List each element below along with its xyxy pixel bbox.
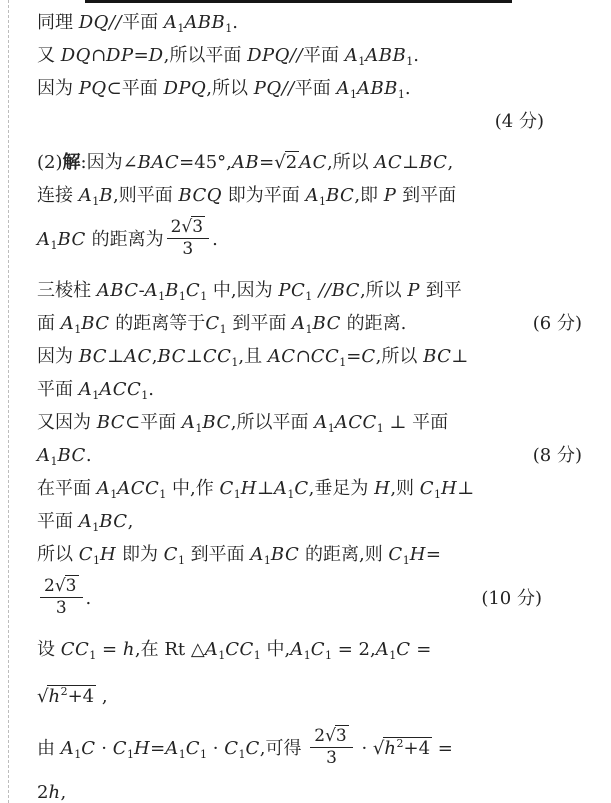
math-var: AC bbox=[124, 346, 152, 367]
math-var: PQ bbox=[254, 78, 282, 99]
subscript: 1 bbox=[220, 323, 227, 336]
score-marker: (10 分) bbox=[481, 571, 542, 627]
math-symbol: · bbox=[96, 738, 113, 759]
fraction: 2√33 bbox=[167, 218, 210, 259]
math-var: h bbox=[48, 686, 60, 707]
text-run: . bbox=[148, 379, 154, 400]
subscript: 1 bbox=[319, 195, 326, 208]
math-var: A bbox=[165, 738, 179, 759]
text-run: 2 bbox=[37, 782, 48, 803]
math-var: C bbox=[246, 738, 260, 759]
math-var: DQ bbox=[61, 45, 91, 66]
math-var: BC bbox=[58, 445, 86, 466]
text-run: (4 分) bbox=[495, 111, 544, 132]
radical-sign: √ bbox=[373, 738, 383, 759]
text-line: 又因为 BC⊂平面 A1BC,所以平面 A1ACC1 ⊥ 平面 bbox=[37, 406, 582, 439]
text-run: 到平面 bbox=[227, 313, 292, 334]
text-run: 平面 bbox=[37, 379, 79, 400]
text-run: = bbox=[96, 639, 123, 660]
text-run: 平面 bbox=[412, 412, 448, 433]
text-run: (2) bbox=[37, 152, 63, 173]
superscript: 2 bbox=[61, 685, 68, 698]
text-run: 平面 bbox=[37, 511, 79, 532]
text-line: 因为 PQ⊂平面 DPQ,所以 PQ//平面 A1ABB1. bbox=[37, 72, 582, 105]
subscript: 1 bbox=[234, 488, 241, 501]
radical: √2 bbox=[274, 151, 299, 173]
solution-page: 同理 DQ//平面 A1ABB1. 又 DQ∩DP=D,所以平面 DPQ//平面… bbox=[37, 6, 582, 803]
math-var: A bbox=[274, 478, 288, 499]
math-symbol: · bbox=[207, 738, 224, 759]
text-run: 的距离,则 bbox=[299, 544, 388, 565]
radical-sign: √ bbox=[181, 217, 191, 237]
math-var: ACC bbox=[335, 412, 377, 433]
subscript: 1 bbox=[398, 88, 405, 101]
math-var: A bbox=[61, 313, 75, 334]
text-run: 面 bbox=[37, 313, 61, 334]
math-var: AC bbox=[268, 346, 296, 367]
math-var: // bbox=[282, 78, 295, 99]
text-run: , bbox=[128, 511, 134, 532]
math-var: B bbox=[165, 280, 179, 301]
text-run: +4 bbox=[68, 686, 95, 707]
math-symbol: ⊥ bbox=[107, 346, 124, 367]
text-run: ,即 bbox=[354, 185, 383, 206]
text-run: ,所以 bbox=[206, 78, 253, 99]
text-line: 因为 BC⊥AC,BC⊥CC1,且 AC∩CC1=C,所以 BC⊥ bbox=[37, 340, 582, 373]
math-var: C bbox=[311, 639, 325, 660]
math-var: A bbox=[290, 639, 304, 660]
math-var: BC bbox=[313, 313, 341, 334]
fraction-numerator: 2√3 bbox=[40, 577, 83, 598]
math-var: DQ bbox=[79, 12, 109, 33]
math-var: ABB bbox=[357, 78, 398, 99]
fraction-denominator: 3 bbox=[40, 598, 83, 617]
text-line: √h2+4 , bbox=[37, 672, 582, 712]
text-run: . bbox=[86, 445, 92, 466]
text-run: = 2, bbox=[332, 639, 376, 660]
score-marker: (8 分) bbox=[533, 439, 582, 472]
math-var: A bbox=[205, 639, 219, 660]
subscript: 1 bbox=[350, 88, 357, 101]
text-run: 平面 bbox=[122, 12, 164, 33]
subscript: 1 bbox=[254, 649, 261, 662]
text-run: 的距离等于 bbox=[110, 313, 206, 334]
text-run: 由 bbox=[37, 738, 61, 759]
math-var: A bbox=[97, 478, 111, 499]
math-var: A bbox=[79, 511, 93, 532]
text-run: 因为 bbox=[37, 346, 79, 367]
math-var: C bbox=[81, 738, 95, 759]
text-run: = bbox=[346, 346, 361, 367]
math-var: A bbox=[164, 12, 178, 33]
math-symbol: ⊥ bbox=[457, 478, 474, 499]
text-run: = bbox=[432, 738, 453, 759]
subscript: 1 bbox=[377, 422, 384, 435]
radical: √h2+4 bbox=[373, 737, 432, 759]
math-var: C bbox=[186, 738, 200, 759]
math-var: C bbox=[388, 544, 402, 565]
fraction-numerator: 2√3 bbox=[310, 727, 353, 748]
text-line: 由 A1C · C1H=A1C1 · C1C,可得 2√33 · √h2+4 = bbox=[37, 716, 582, 772]
math-var: A bbox=[37, 445, 51, 466]
radical-sign: √ bbox=[55, 576, 65, 596]
math-var: A bbox=[345, 45, 359, 66]
bold-text: 解 bbox=[63, 152, 81, 173]
math-var: BC bbox=[202, 412, 230, 433]
text-run: 2 bbox=[314, 726, 325, 746]
text-run: 又因为 bbox=[37, 412, 97, 433]
math-var: AB bbox=[232, 152, 259, 173]
text-line: A1BC 的距离为2√33. bbox=[37, 212, 582, 268]
text-run: 又 bbox=[37, 45, 61, 66]
math-var: AC bbox=[299, 152, 327, 173]
radical-sign: √ bbox=[37, 686, 47, 707]
radical-sign: √ bbox=[274, 152, 284, 173]
fraction: 2√33 bbox=[310, 727, 353, 768]
text-run: 所以 bbox=[37, 544, 79, 565]
text-run: 中,因为 bbox=[207, 280, 278, 301]
math-var: C bbox=[205, 313, 219, 334]
math-symbol: ∩ bbox=[91, 45, 106, 66]
text-line: 面 A1BC 的距离等于C1 到平面 A1BC 的距离.(6 分) bbox=[37, 307, 582, 340]
math-var: ACC bbox=[99, 379, 141, 400]
text-run: = bbox=[410, 639, 431, 660]
math-symbol: ⊥ bbox=[186, 346, 203, 367]
math-var: BC bbox=[271, 544, 299, 565]
subscript: 1 bbox=[304, 649, 311, 662]
subscript: 1 bbox=[51, 239, 58, 252]
text-line: 2√33.(10 分) bbox=[37, 571, 582, 627]
subscript: 1 bbox=[179, 290, 186, 303]
subscript: 1 bbox=[328, 422, 335, 435]
math-var: C bbox=[79, 544, 93, 565]
text-run: ,且 bbox=[238, 346, 267, 367]
math-symbol: ∠ bbox=[123, 152, 138, 173]
text-line: 又 DQ∩DP=D,所以平面 DPQ//平面 A1ABB1. bbox=[37, 39, 582, 72]
radicand: 2 bbox=[285, 151, 299, 173]
math-var: H bbox=[410, 544, 426, 565]
text-run: 连接 bbox=[37, 185, 79, 206]
text-run: 2 bbox=[44, 576, 55, 596]
math-var: h bbox=[384, 738, 396, 759]
text-line: 设 CC1 = h,在 Rt △A1CC1 中,A1C1 = 2,A1C = bbox=[37, 633, 582, 666]
text-line: 连接 A1B,则平面 BCQ 即为平面 A1BC,即 P 到平面 bbox=[37, 179, 582, 212]
subscript: 1 bbox=[178, 554, 185, 567]
math-var: DPQ bbox=[163, 78, 206, 99]
math-symbol: ⊥ bbox=[402, 152, 419, 173]
math-var: CC bbox=[225, 639, 254, 660]
text-line: (2)解:因为∠BAC=45°,AB=√2AC,所以 AC⊥BC, bbox=[37, 146, 582, 179]
text-run: +4 bbox=[403, 738, 430, 759]
text-run: 因为 bbox=[37, 78, 79, 99]
math-var: C bbox=[294, 478, 308, 499]
math-var: CC bbox=[61, 639, 90, 660]
fraction: 2√33 bbox=[40, 577, 83, 618]
math-var: A bbox=[376, 639, 390, 660]
text-run: ,垂足为 bbox=[309, 478, 374, 499]
text-run: ,所以 bbox=[376, 346, 423, 367]
subscript: 1 bbox=[200, 748, 207, 761]
math-symbol: · bbox=[356, 738, 373, 759]
math-var: CC bbox=[311, 346, 340, 367]
text-run: 平面 bbox=[295, 78, 337, 99]
math-symbol: ∩ bbox=[296, 346, 311, 367]
math-var: A bbox=[79, 379, 93, 400]
text-line: 平面 A1ACC1. bbox=[37, 373, 582, 406]
score-line: (4 分) bbox=[37, 105, 582, 138]
math-var: C bbox=[113, 738, 127, 759]
math-symbol: ⊂ bbox=[125, 412, 140, 433]
math-var: AC bbox=[374, 152, 402, 173]
fraction-numerator: 2√3 bbox=[167, 218, 210, 239]
math-var: A bbox=[37, 229, 51, 250]
math-var: A bbox=[79, 185, 93, 206]
math-var: BC bbox=[423, 346, 451, 367]
text-run: 即为平面 bbox=[222, 185, 305, 206]
radicand: h2+4 bbox=[383, 737, 432, 759]
radical: √3 bbox=[325, 725, 349, 746]
math-var: BC bbox=[419, 152, 447, 173]
math-var: BC bbox=[99, 511, 127, 532]
math-var: BAC bbox=[138, 152, 180, 173]
text-run: . bbox=[86, 588, 92, 609]
text-run: . bbox=[212, 229, 218, 250]
math-var: P bbox=[384, 185, 397, 206]
math-var: A bbox=[61, 738, 75, 759]
math-var: C bbox=[396, 639, 410, 660]
text-run: = bbox=[259, 152, 274, 173]
math-var: ABB bbox=[184, 12, 225, 33]
radicand: h2+4 bbox=[47, 685, 96, 707]
math-var: h bbox=[48, 782, 60, 803]
subscript: 1 bbox=[264, 554, 271, 567]
text-run: 即为 bbox=[116, 544, 163, 565]
score-marker: (6 分) bbox=[533, 307, 582, 340]
text-run: ,所以 bbox=[360, 280, 407, 301]
math-var: BC bbox=[81, 313, 109, 334]
math-var: H bbox=[241, 478, 257, 499]
math-var: A bbox=[292, 313, 306, 334]
text-line: 平面 A1BC, bbox=[37, 505, 582, 538]
text-run: , bbox=[96, 686, 107, 707]
math-var: ACC bbox=[117, 478, 159, 499]
math-var: DP bbox=[106, 45, 134, 66]
text-run: 中, bbox=[261, 639, 290, 660]
text-run: ,所以平面 bbox=[164, 45, 247, 66]
text-run: 平面 bbox=[140, 412, 182, 433]
subscript: 1 bbox=[93, 554, 100, 567]
math-var: H bbox=[100, 544, 116, 565]
math-var: H bbox=[134, 738, 150, 759]
math-var: BC bbox=[97, 412, 125, 433]
subscript: 1 bbox=[127, 748, 134, 761]
text-run: , bbox=[447, 152, 453, 173]
fraction-denominator: 3 bbox=[167, 239, 210, 258]
radicand: 3 bbox=[65, 575, 79, 596]
fraction-denominator: 3 bbox=[310, 748, 353, 767]
radicand: 3 bbox=[335, 725, 349, 746]
radical: √3 bbox=[181, 216, 205, 237]
text-run: . bbox=[405, 78, 411, 99]
math-var: ABB bbox=[365, 45, 406, 66]
math-var: D bbox=[149, 45, 164, 66]
math-var: C bbox=[186, 280, 200, 301]
math-var: // bbox=[312, 280, 331, 301]
text-line: A1BC.(8 分) bbox=[37, 439, 582, 472]
text-run: 平面 bbox=[303, 45, 345, 66]
radical-sign: √ bbox=[325, 726, 335, 746]
text-run: ,所以 bbox=[327, 152, 374, 173]
text-run: = bbox=[134, 45, 149, 66]
text-run: 设 bbox=[37, 639, 61, 660]
top-rule bbox=[85, 0, 512, 3]
text-line: 2h, bbox=[37, 776, 582, 803]
text-run: 在平面 bbox=[37, 478, 97, 499]
text-run: 到平 bbox=[420, 280, 462, 301]
subscript: 1 bbox=[239, 748, 246, 761]
text-run: 到平面 bbox=[185, 544, 250, 565]
math-var: C bbox=[219, 478, 233, 499]
text-run: ,可得 bbox=[260, 738, 307, 759]
text-run: . bbox=[232, 12, 238, 33]
math-var: // bbox=[109, 12, 122, 33]
math-symbol: ⊥ bbox=[451, 346, 468, 367]
radical: √h2+4 bbox=[37, 685, 96, 707]
text-run: 的距离为 bbox=[86, 229, 164, 250]
text-run: ,则平面 bbox=[113, 185, 178, 206]
math-var: BC bbox=[332, 280, 360, 301]
text-run: . bbox=[413, 45, 419, 66]
math-var: // bbox=[290, 45, 303, 66]
math-var: A bbox=[336, 78, 350, 99]
subscript: 1 bbox=[179, 748, 186, 761]
math-var: DPQ bbox=[247, 45, 290, 66]
text-line: 在平面 A1ACC1 中,作 C1H⊥A1C,垂足为 H,则 C1H⊥ bbox=[37, 472, 582, 505]
math-var: A bbox=[305, 185, 319, 206]
text-run: 的距离. bbox=[341, 313, 406, 334]
math-var: BC bbox=[158, 346, 186, 367]
math-var: ABC bbox=[97, 280, 139, 301]
text-run: 3 bbox=[182, 239, 193, 259]
subscript: 1 bbox=[306, 323, 313, 336]
math-var: C bbox=[361, 346, 375, 367]
subscript: 1 bbox=[51, 455, 58, 468]
math-var: A bbox=[145, 280, 159, 301]
math-symbol: △ bbox=[191, 639, 205, 660]
math-var: BC bbox=[326, 185, 354, 206]
math-symbol: ⊥ bbox=[257, 478, 274, 499]
text-run: 同理 bbox=[37, 12, 79, 33]
math-var: H bbox=[441, 478, 457, 499]
math-var: B bbox=[99, 185, 113, 206]
text-run: :因为 bbox=[81, 152, 123, 173]
math-var: BCQ bbox=[178, 185, 222, 206]
text-line: 同理 DQ//平面 A1ABB1. bbox=[37, 6, 582, 39]
text-run: , bbox=[61, 782, 67, 803]
text-run: ,所以平面 bbox=[231, 412, 314, 433]
math-var: P bbox=[407, 280, 420, 301]
math-symbol: ⊥ bbox=[384, 412, 412, 433]
text-line: 三棱柱 ABC-A1B1C1 中,因为 PC1 //BC,所以 P 到平 bbox=[37, 274, 582, 307]
subscript: 1 bbox=[403, 554, 410, 567]
text-run: = bbox=[426, 544, 441, 565]
text-run: 到平面 bbox=[396, 185, 456, 206]
math-var: C bbox=[164, 544, 178, 565]
math-var: BC bbox=[79, 346, 107, 367]
math-symbol: ⊂ bbox=[107, 78, 122, 99]
text-run: 3 bbox=[326, 748, 337, 768]
text-run: 2 bbox=[171, 217, 182, 237]
radical: √3 bbox=[55, 575, 79, 596]
math-var: BC bbox=[58, 229, 86, 250]
math-var: PC bbox=[278, 280, 305, 301]
text-run: = bbox=[150, 738, 165, 759]
subscript: 1 bbox=[434, 488, 441, 501]
text-run: =45°, bbox=[179, 152, 232, 173]
math-var: H bbox=[374, 478, 390, 499]
page-edge-line bbox=[8, 0, 9, 803]
math-var: A bbox=[250, 544, 264, 565]
text-run: 3 bbox=[56, 598, 67, 618]
math-var: C bbox=[420, 478, 434, 499]
text-run: ,在 Rt bbox=[135, 639, 191, 660]
radicand: 3 bbox=[191, 216, 205, 237]
math-var: A bbox=[314, 412, 328, 433]
text-line: 所以 C1H 即为 C1 到平面 A1BC 的距离,则 C1H= bbox=[37, 538, 582, 571]
math-var: h bbox=[123, 639, 135, 660]
math-var: A bbox=[182, 412, 196, 433]
text-run: 中,作 bbox=[166, 478, 219, 499]
text-run: ,则 bbox=[390, 478, 419, 499]
math-var: C bbox=[224, 738, 238, 759]
math-var: CC bbox=[203, 346, 232, 367]
text-run: 三棱柱 bbox=[37, 280, 97, 301]
text-run: 平面 bbox=[122, 78, 164, 99]
subscript: 1 bbox=[325, 649, 332, 662]
math-var: PQ bbox=[79, 78, 107, 99]
